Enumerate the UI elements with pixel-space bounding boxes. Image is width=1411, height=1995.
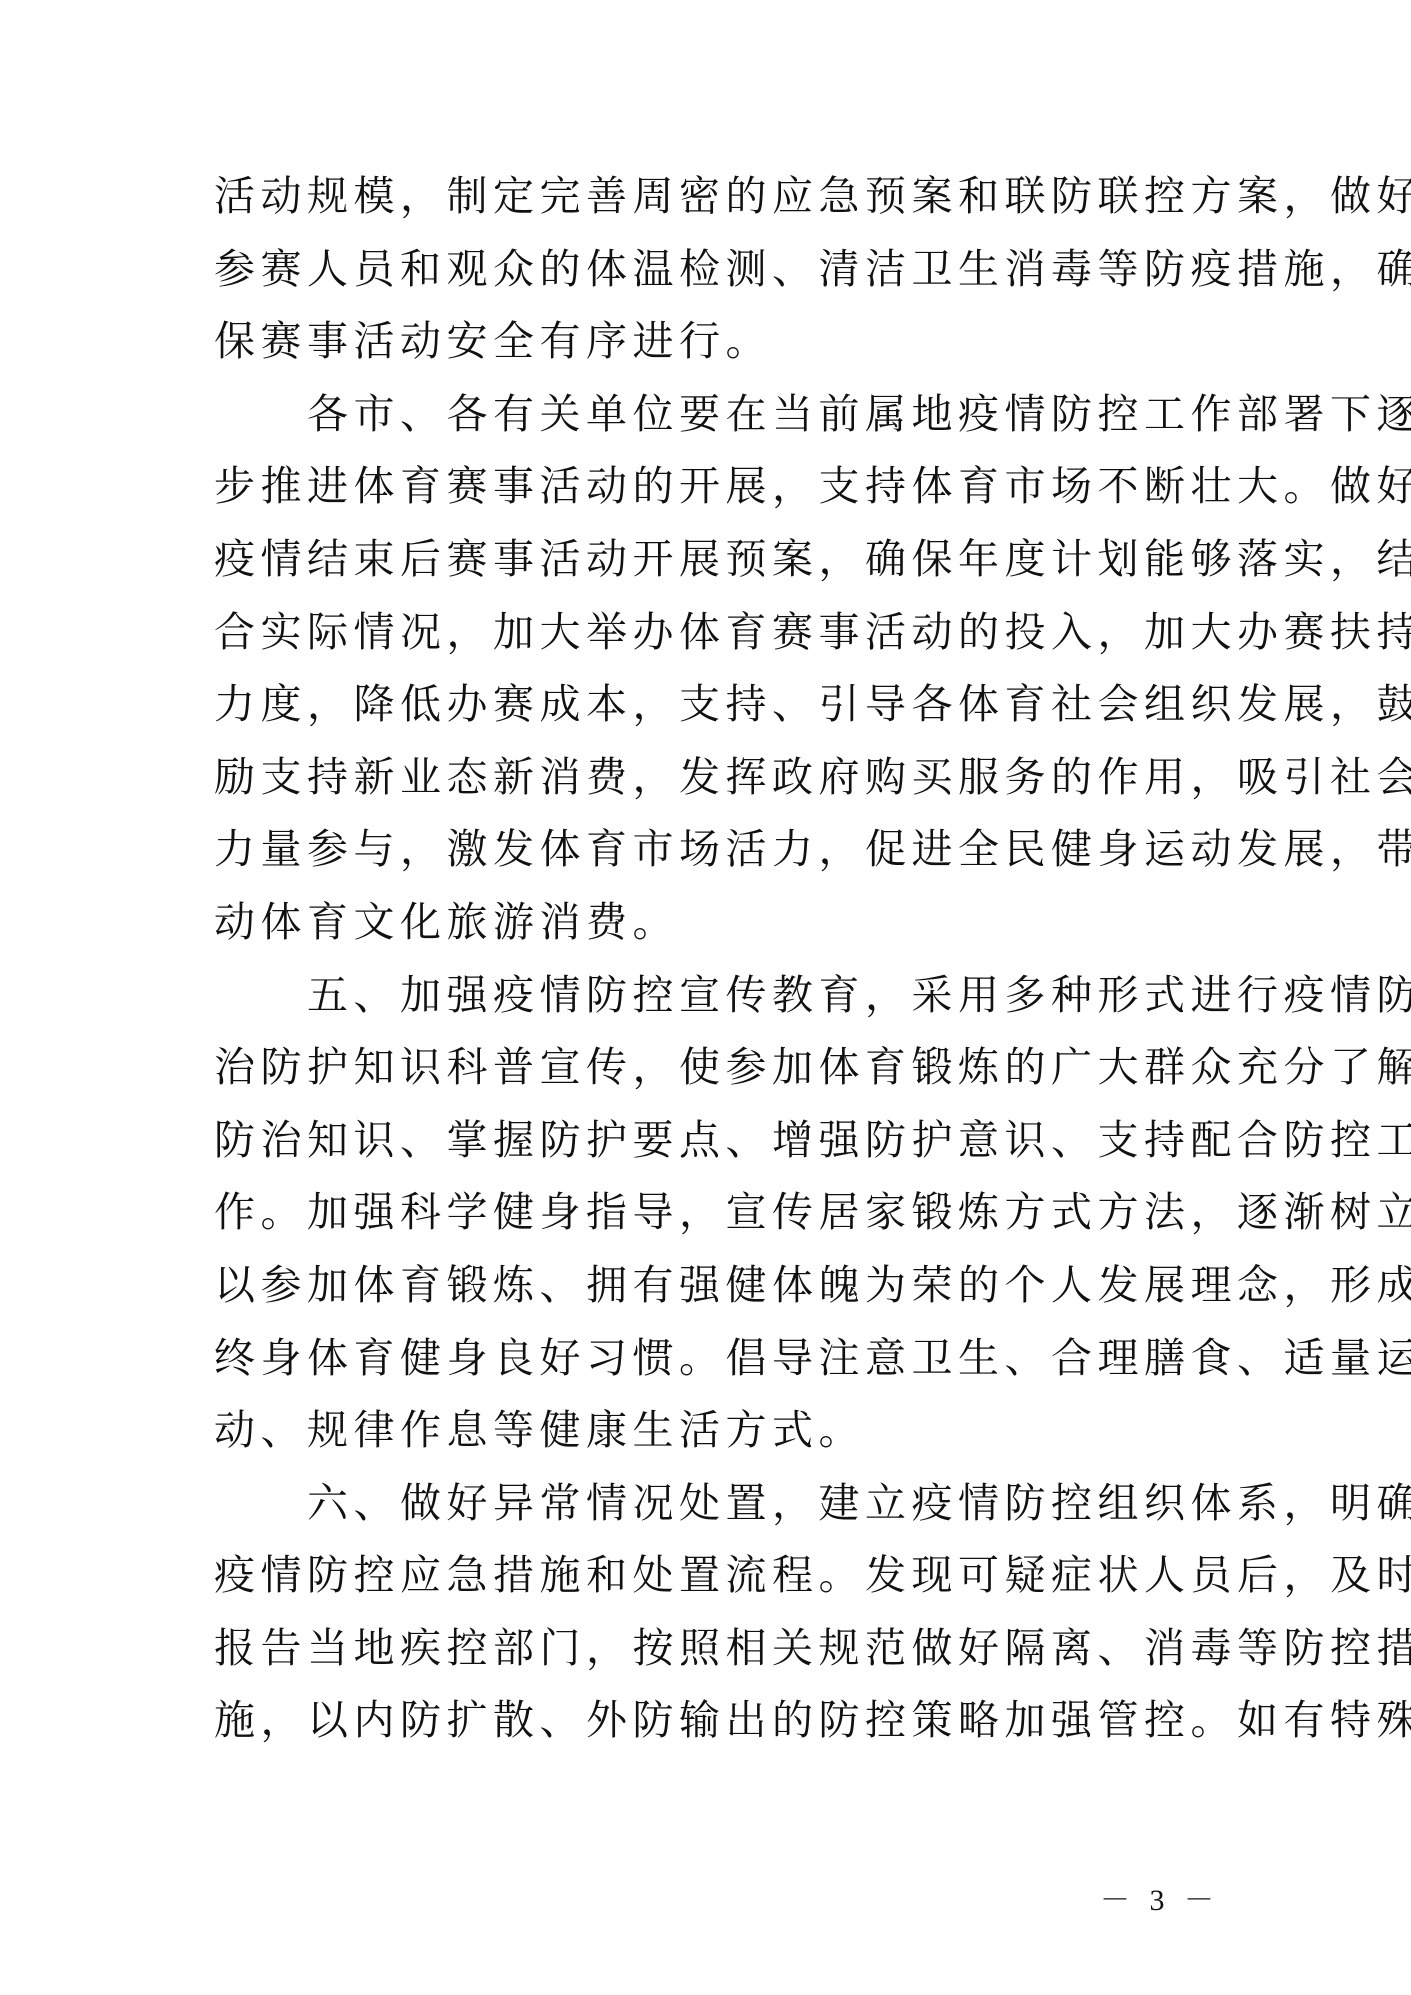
- text-line: 活动规模，制定完善周密的应急预案和联防联控方案，做好: [214, 160, 1198, 233]
- text-line: 动、规律作息等健康生活方式。: [214, 1394, 1198, 1467]
- text-line: 六、做好异常情况处置，建立疫情防控组织体系，明确: [214, 1467, 1198, 1540]
- text-line: 防治知识、掌握防护要点、增强防护意识、支持配合防控工: [214, 1104, 1198, 1177]
- text-line: 施，以内防扩散、外防输出的防控策略加强管控。如有特殊: [214, 1684, 1198, 1757]
- text-line: 作。加强科学健身指导，宣传居家锻炼方式方法，逐渐树立: [214, 1176, 1198, 1249]
- text-line: 步推进体育赛事活动的开展，支持体育市场不断壮大。做好: [214, 450, 1198, 523]
- text-line: 疫情结束后赛事活动开展预案，确保年度计划能够落实，结: [214, 523, 1198, 596]
- text-line: 励支持新业态新消费，发挥政府购买服务的作用，吸引社会: [214, 741, 1198, 814]
- text-line: 动体育文化旅游消费。: [214, 886, 1198, 959]
- page-number: － 3 －: [1100, 1875, 1220, 1919]
- text-line: 治防护知识科普宣传，使参加体育锻炼的广大群众充分了解: [214, 1031, 1198, 1104]
- text-line: 五、加强疫情防控宣传教育，采用多种形式进行疫情防: [214, 959, 1198, 1032]
- text-line: 力量参与，激发体育市场活力，促进全民健身运动发展，带: [214, 813, 1198, 886]
- text-line: 合实际情况，加大举办体育赛事活动的投入，加大办赛扶持: [214, 596, 1198, 669]
- text-line: 以参加体育锻炼、拥有强健体魄为荣的个人发展理念，形成: [214, 1249, 1198, 1322]
- document-page: 活动规模，制定完善周密的应急预案和联防联控方案，做好 参赛人员和观众的体温检测、…: [0, 0, 1411, 1995]
- text-line: 参赛人员和观众的体温检测、清洁卫生消毒等防疫措施，确: [214, 233, 1198, 306]
- body-text: 活动规模，制定完善周密的应急预案和联防联控方案，做好 参赛人员和观众的体温检测、…: [214, 160, 1198, 1757]
- text-line: 报告当地疾控部门，按照相关规范做好隔离、消毒等防控措: [214, 1612, 1198, 1685]
- text-line: 疫情防控应急措施和处置流程。发现可疑症状人员后，及时: [214, 1539, 1198, 1612]
- text-line: 力度，降低办赛成本，支持、引导各体育社会组织发展，鼓: [214, 668, 1198, 741]
- text-line: 各市、各有关单位要在当前属地疫情防控工作部署下逐: [214, 378, 1198, 451]
- text-line: 保赛事活动安全有序进行。: [214, 305, 1198, 378]
- text-line: 终身体育健身良好习惯。倡导注意卫生、合理膳食、适量运: [214, 1322, 1198, 1395]
